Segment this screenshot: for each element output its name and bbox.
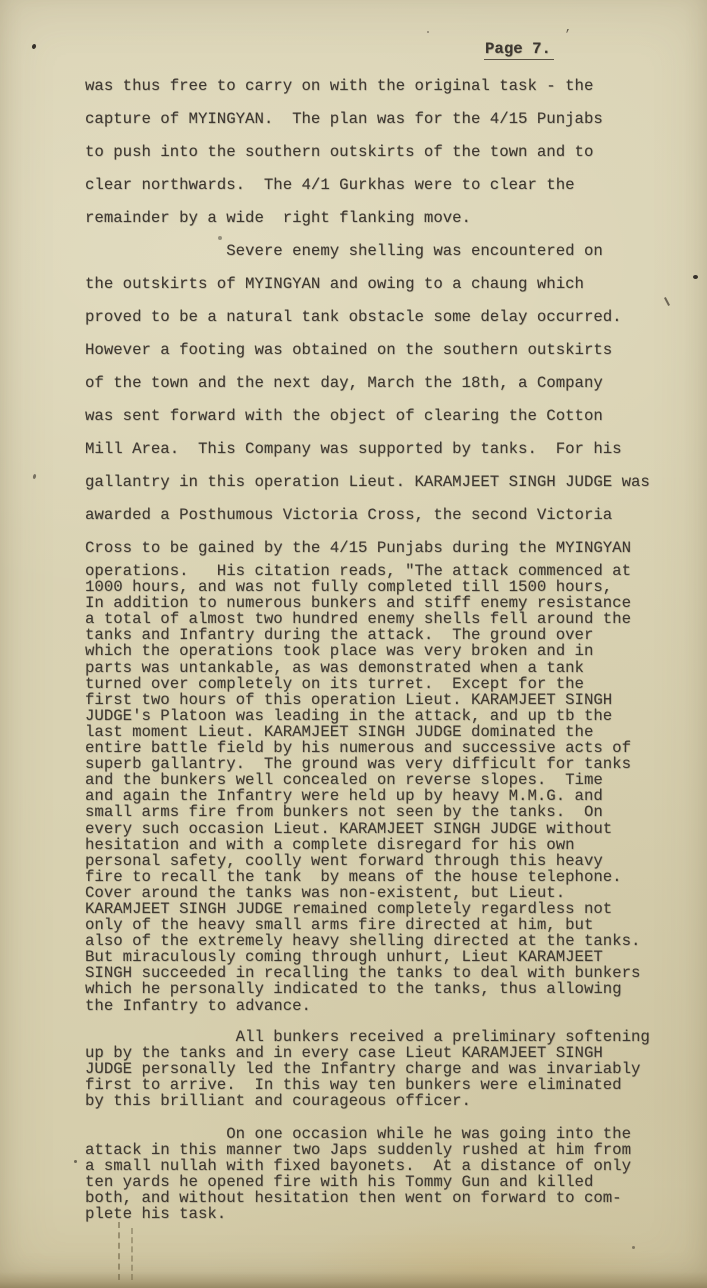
text-line: attack in this manner two Japs suddenly …: [85, 1142, 631, 1158]
ink-speck: [32, 474, 36, 480]
text-line: the Infantry to advance.: [85, 998, 640, 1014]
text-line: to push into the southern outskirts of t…: [85, 136, 603, 169]
text-line: every such occasion Lieut. KARAMJEET SIN…: [85, 821, 640, 837]
text-line: gallantry in this operation Lieut. KARAM…: [85, 466, 650, 499]
text-line: first to arrive. In this way ten bunkers…: [85, 1077, 650, 1093]
paragraph-intro: was thus free to carry on with the origi…: [85, 70, 603, 235]
text-line: first two hours of this operation Lieut.…: [85, 692, 640, 708]
text-line: remainder by a wide right flanking move.: [85, 202, 603, 235]
text-line: the outskirts of MYINGYAN and owing to a…: [85, 268, 650, 301]
text-line: JUDGE's Platoon was leading in the attac…: [85, 708, 640, 724]
text-line: capture of MYINGYAN. The plan was for th…: [85, 103, 603, 136]
paragraph-bunkers: All bunkers received a preliminary softe…: [85, 1029, 650, 1109]
text-line: All bunkers received a preliminary softe…: [85, 1029, 650, 1045]
text-line: was sent forward with the object of clea…: [85, 400, 650, 433]
paragraph-shelling: Severe enemy shelling was encountered on…: [85, 235, 650, 565]
text-line: parts was untankable, as was demonstrate…: [85, 660, 640, 676]
page-number-label: Page 7.: [484, 40, 554, 60]
text-line: But miraculously coming through unhurt, …: [85, 949, 640, 965]
text-line: only of the heavy small arms fire direct…: [85, 917, 640, 933]
paragraph-citation: operations. His citation reads, "The att…: [85, 563, 640, 1014]
text-line: awarded a Posthumous Victoria Cross, the…: [85, 499, 650, 532]
text-line: On one occasion while he was going into …: [85, 1126, 631, 1142]
text-line: ten yards he opened fire with his Tommy …: [85, 1174, 631, 1190]
paragraph-occasion: On one occasion while he was going into …: [85, 1126, 631, 1223]
text-line: KARAMJEET SINGH JUDGE remained completel…: [85, 901, 640, 917]
ink-speck: [632, 1246, 635, 1249]
text-line: last moment Lieut. KARAMJEET SINGH JUDGE…: [85, 724, 640, 740]
text-line: Cross to be gained by the 4/15 Punjabs d…: [85, 532, 650, 565]
text-line: was thus free to carry on with the origi…: [85, 70, 603, 103]
ink-speck: [31, 43, 36, 49]
document-page: Page 7. was thus free to carry on with t…: [0, 0, 707, 1288]
text-line: 1000 hours, and was not fully completed …: [85, 579, 640, 595]
text-line: Severe enemy shelling was encountered on: [85, 235, 650, 268]
text-line: superb gallantry. The ground was very di…: [85, 756, 640, 772]
text-line: plete his task.: [85, 1206, 631, 1222]
backslash-mark: [664, 297, 670, 306]
apostrophe-mark: ’: [564, 28, 571, 42]
text-line: However a footing was obtained on the so…: [85, 334, 650, 367]
text-line: operations. His citation reads, "The att…: [85, 563, 640, 579]
text-line: a total of almost two hundred enemy shel…: [85, 611, 640, 627]
text-line: JUDGE personally led the Infantry charge…: [85, 1061, 650, 1077]
text-line: hesitation and with a complete disregard…: [85, 837, 640, 853]
text-line: In addition to numerous bunkers and stif…: [85, 595, 640, 611]
ink-speck: [693, 275, 698, 279]
paper-bottom-edge: [0, 1272, 707, 1288]
text-line: and again the Infantry were held up by h…: [85, 788, 640, 804]
text-line: by this brilliant and courageous officer…: [85, 1093, 650, 1109]
text-line: up by the tanks and in every case Lieut …: [85, 1045, 650, 1061]
ink-speck: [427, 31, 429, 33]
ink-speck: [74, 1160, 77, 1163]
text-line: which he personally indicated to the tan…: [85, 981, 640, 997]
text-line: which the operations took place was very…: [85, 643, 640, 659]
text-line: of the town and the next day, March the …: [85, 367, 650, 400]
text-line: personal safety, coolly went forward thr…: [85, 853, 640, 869]
text-line: clear northwards. The 4/1 Gurkhas were t…: [85, 169, 603, 202]
text-line: entire battle field by his numerous and …: [85, 740, 640, 756]
text-line: Cover around the tanks was non-existent,…: [85, 885, 640, 901]
text-line: a small nullah with fixed bayonets. At a…: [85, 1158, 631, 1174]
text-line: fire to recall the tank by means of the …: [85, 869, 640, 885]
text-line: also of the extremely heavy shelling dir…: [85, 933, 640, 949]
text-line: proved to be a natural tank obstacle som…: [85, 301, 650, 334]
text-line: small arms fire from bunkers not seen by…: [85, 804, 640, 820]
text-line: turned over completely on its turret. Ex…: [85, 676, 640, 692]
ink-speck: [218, 236, 222, 240]
text-line: and the bunkers well concealed on revers…: [85, 772, 640, 788]
text-line: Mill Area. This Company was supported by…: [85, 433, 650, 466]
